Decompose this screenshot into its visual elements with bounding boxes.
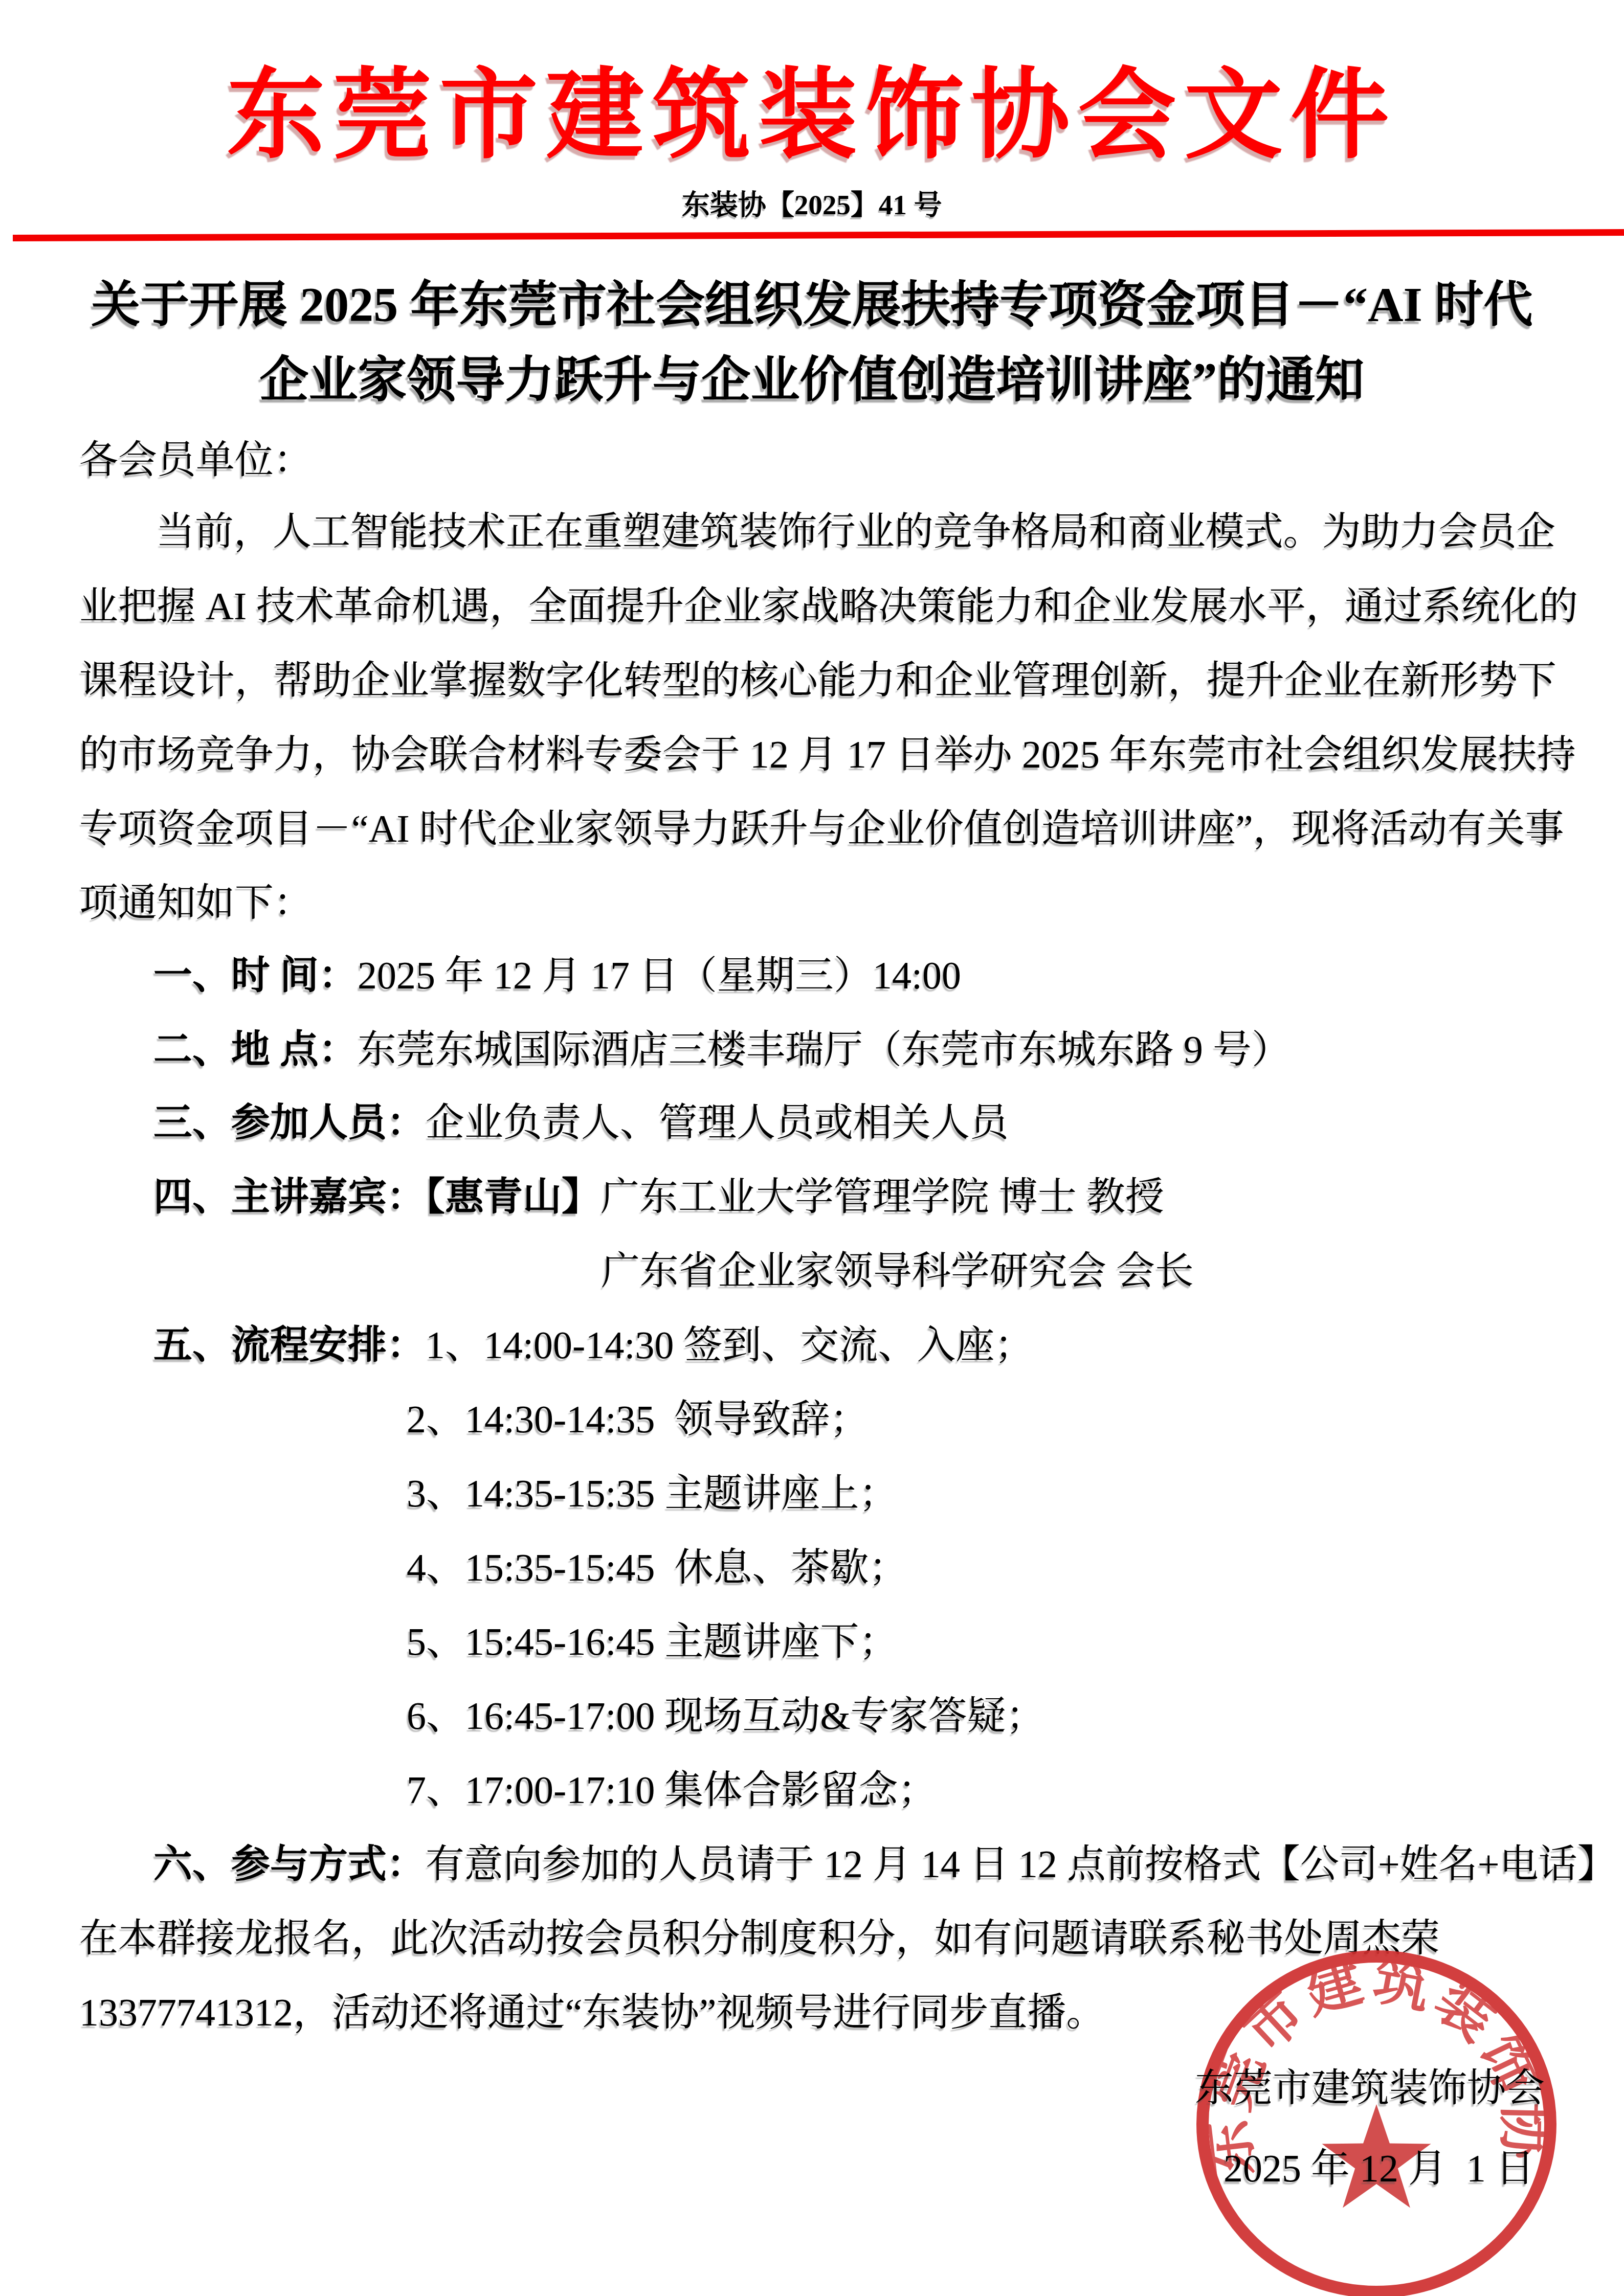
notice-title-line2: 企业家领导力跃升与企业价值创造培训讲座”的通知	[0, 349, 1624, 411]
schedule-step-1: 1、14:00-14:30 签到、交流、入座；	[426, 1324, 1034, 1367]
official-seal-stamp: 东莞市建筑装饰协会	[1196, 1949, 1557, 2296]
participation-line1: 有意向参加的人员请于 12 月 14 日 12 点前按格式【公司+姓名+电话】	[426, 1843, 1616, 1886]
item-time-value: 2025 年 12 月 17 日（星期三）14:00	[358, 954, 961, 997]
speaker-credentials: 广东工业大学管理学院 博士 教授	[600, 1176, 1164, 1219]
item-schedule: 五、流程安排：1、14:00-14:30 签到、交流、入座；	[153, 1320, 1034, 1371]
intro-line: 业把握 AI 技术革命机遇，全面提升企业家战略决策能力和企业发展水平，通过系统化…	[79, 581, 1578, 632]
schedule-step-5: 5、15:45-16:45 主题讲座下；	[407, 1616, 898, 1668]
item-participants: 三、参加人员：企业负责人、管理人员或相关人员	[153, 1097, 1009, 1149]
item-speaker: 四、主讲嘉宾：【惠青山】广东工业大学管理学院 博士 教授	[153, 1172, 1164, 1223]
signature-date: 2025 年 12 月 1 日	[1223, 2143, 1534, 2194]
schedule-step-3: 3、14:35-15:35 主题讲座上；	[407, 1468, 898, 1519]
schedule-step-2: 2、14:30-14:35 领导致辞；	[407, 1394, 869, 1445]
schedule-step-7: 7、17:00-17:10 集体合影留念；	[407, 1765, 937, 1816]
intro-line: 的市场竞争力，协会联合材料专委会于 12 月 17 日举办 2025 年东莞市社…	[79, 729, 1576, 780]
item-participants-value: 企业负责人、管理人员或相关人员	[426, 1101, 1009, 1144]
schedule-step-6: 6、16:45-17:00 现场互动&专家答疑；	[407, 1691, 1045, 1742]
intro-line: 当前，人工智能技术正在重塑建筑装饰行业的竞争格局和商业模式。为助力会员企	[156, 506, 1555, 557]
intro-line: 专项资金项目－“AI 时代企业家领导力跃升与企业价值创造培训讲座”，现将活动有关…	[79, 803, 1564, 854]
item-venue-value: 东莞东城国际酒店三楼丰瑞厅（东莞市东城东路 9 号）	[358, 1028, 1291, 1071]
item-participation: 六、参与方式：有意向参加的人员请于 12 月 14 日 12 点前按格式【公司+…	[153, 1839, 1616, 1890]
salutation: 各会员单位：	[79, 435, 313, 486]
item-schedule-label: 五、流程安排：	[153, 1324, 426, 1367]
item-time-label: 一、时 间：	[153, 954, 358, 997]
item-time: 一、时 间：2025 年 12 月 17 日（星期三）14:00	[153, 950, 961, 1001]
schedule-step-4: 4、15:35-15:45 休息、茶歇；	[407, 1542, 908, 1593]
red-divider-rule	[13, 229, 1624, 241]
doc-number: 东装协【2025】41 号	[0, 187, 1624, 223]
speaker-name: 【惠青山】	[426, 1176, 600, 1219]
item-speaker-label: 四、主讲嘉宾：	[153, 1176, 426, 1219]
document-page: 东莞市建筑装饰协会文件 东装协【2025】41 号 关于开展 2025 年东莞市…	[0, 0, 1624, 2296]
item-participation-label: 六、参与方式：	[153, 1843, 426, 1886]
item-venue: 二、地 点：东莞东城国际酒店三楼丰瑞厅（东莞市东城东路 9 号）	[153, 1024, 1291, 1075]
item-participants-label: 三、参加人员：	[153, 1101, 426, 1144]
notice-title-line1: 关于开展 2025 年东莞市社会组织发展扶持专项资金项目－“AI 时代	[0, 274, 1624, 335]
intro-line: 课程设计，帮助企业掌握数字化转型的核心能力和企业管理创新，提升企业在新形势下	[79, 655, 1556, 706]
item-venue-label: 二、地 点：	[153, 1028, 358, 1071]
masthead-title: 东莞市建筑装饰协会文件	[0, 57, 1624, 175]
signature-org: 东莞市建筑装饰协会	[1195, 2063, 1545, 2114]
speaker-credentials-line2: 广东省企业家领导科学研究会 会长	[601, 1246, 1194, 1297]
participation-line3: 13377741312，活动还将通过“东装协”视频号进行同步直播。	[79, 1987, 1105, 2038]
intro-line: 项通知如下：	[79, 877, 313, 929]
